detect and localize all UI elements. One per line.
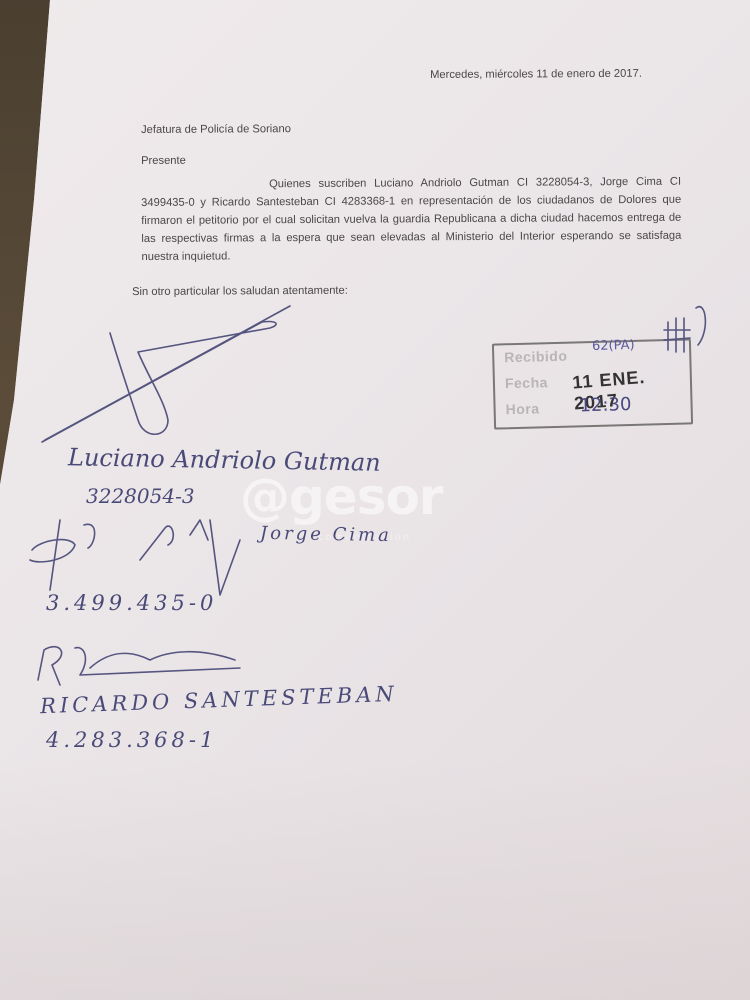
stamp-initials: [664, 307, 705, 352]
signature-scribble-2: [30, 520, 240, 595]
handwritten-id-3: 4.283.368-1: [46, 728, 217, 752]
handwritten-name-1: Luciano Andriolo Gutman: [68, 443, 381, 476]
handwritten-id-2: 3.499.435-0: [46, 591, 217, 615]
handwritten-id-1: 3228054-3: [86, 484, 195, 508]
handwritten-name-2: Jorge Cima: [260, 523, 392, 546]
signature-scribble-1: [42, 322, 276, 442]
signature-scribble-3: [38, 647, 240, 685]
